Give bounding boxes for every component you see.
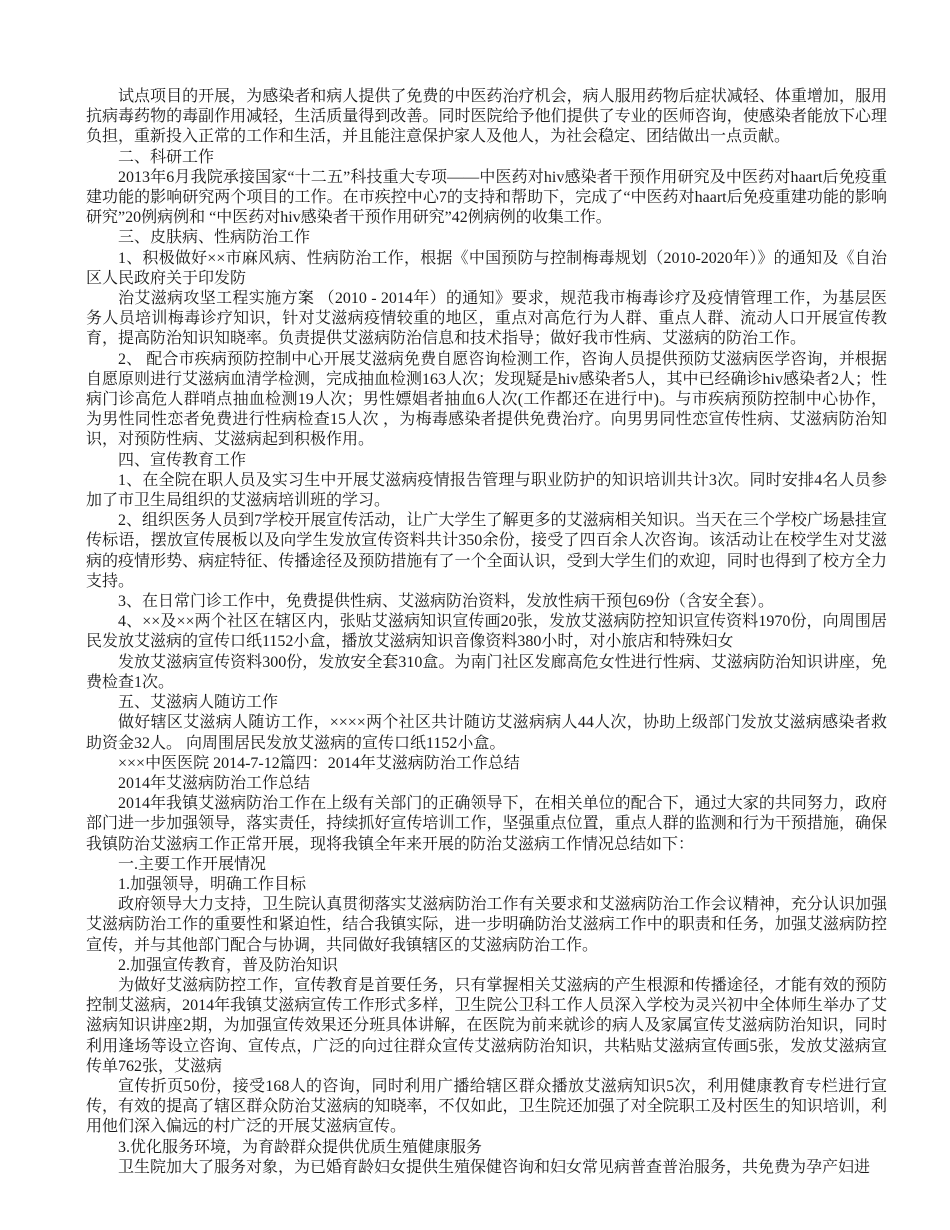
paragraph: 4、××及××两个社区在辖区内，张贴艾滋病知识宣传画20张，发放艾滋病防控知识宣…: [86, 612, 887, 652]
paragraph: 1、在全院在职人员及实习生中开展艾滋病疫情报告管理与职业防护的知识培训共计3次。…: [86, 471, 887, 511]
section-heading: 一.主要工作开展情况: [86, 855, 887, 875]
paragraph: 2013年6月我院承接国家“十二五”科技重大专项——中医药对hiv感染者干预作用…: [86, 168, 887, 229]
section-heading: 四、宣传教育工作: [86, 451, 887, 471]
paragraph: 2014年我镇艾滋病防治工作在上级有关部门的正确领导下，在相关单位的配合下，通过…: [86, 794, 887, 855]
paragraph: 宣传折页50份，接受168人的咨询，同时利用广播给辖区群众播放艾滋病知识5次，利…: [86, 1077, 887, 1138]
paragraph: 2、 配合市疾病预防控制中心开展艾滋病免费自愿咨询检测工作，咨询人员提供预防艾滋…: [86, 350, 887, 451]
section-heading: 2014年艾滋病防治工作总结: [86, 774, 887, 794]
paragraph: 发放艾滋病宣传资料300份，发放安全套310盒。为南门社区发廊高危女性进行性病、…: [86, 653, 887, 693]
section-heading: 二、科研工作: [86, 148, 887, 168]
paragraph: 治艾滋病攻坚工程实施方案 （2010 - 2014年）的通知》要求，规范我市梅毒…: [86, 289, 887, 350]
paragraph: 为做好艾滋病防控工作，宣传教育是首要任务，只有掌握相关艾滋病的产生根源和传播途径…: [86, 976, 887, 1077]
paragraph: 2、组织医务人员到7学校开展宣传活动，让广大学生了解更多的艾滋病相关知识。当天在…: [86, 511, 887, 592]
section-heading: 3.优化服务环境，为育龄群众提供优质生殖健康服务: [86, 1138, 887, 1158]
document-page: 试点项目的开展，为感染者和病人提供了免费的中医药治疗机会，病人服用药物后症状减轻…: [0, 0, 950, 1230]
paragraph: 1、积极做好××市麻风病、性病防治工作，根据《中国预防与控制梅毒规划（2010-…: [86, 249, 887, 289]
section-heading: 三、皮肤病、性病防治工作: [86, 228, 887, 248]
paragraph: 政府领导大力支持，卫生院认真贯彻落实艾滋病防治工作有关要求和艾滋病防治工作会议精…: [86, 895, 887, 956]
paragraph: 试点项目的开展，为感染者和病人提供了免费的中医药治疗机会，病人服用药物后症状减轻…: [86, 87, 887, 148]
section-heading: 1.加强领导，明确工作目标: [86, 875, 887, 895]
paragraph: ×××中医医院 2014-7-12篇四：2014年艾滋病防治工作总结: [86, 754, 887, 774]
paragraph: 3、在日常门诊工作中，免费提供性病、艾滋病防治资料，发放性病干预包69份（含安全…: [86, 592, 887, 612]
document-body: 试点项目的开展，为感染者和病人提供了免费的中医药治疗机会，病人服用药物后症状减轻…: [86, 87, 887, 1178]
section-heading: 2.加强宣传教育，普及防治知识: [86, 956, 887, 976]
section-heading: 五、艾滋病人随访工作: [86, 693, 887, 713]
paragraph: 卫生院加大了服务对象，为已婚育龄妇女提供生殖保健咨询和妇女常见病普查普治服务，共…: [86, 1158, 887, 1178]
paragraph: 做好辖区艾滋病人随访工作，××××两个社区共计随访艾滋病病人44人次，协助上级部…: [86, 713, 887, 753]
